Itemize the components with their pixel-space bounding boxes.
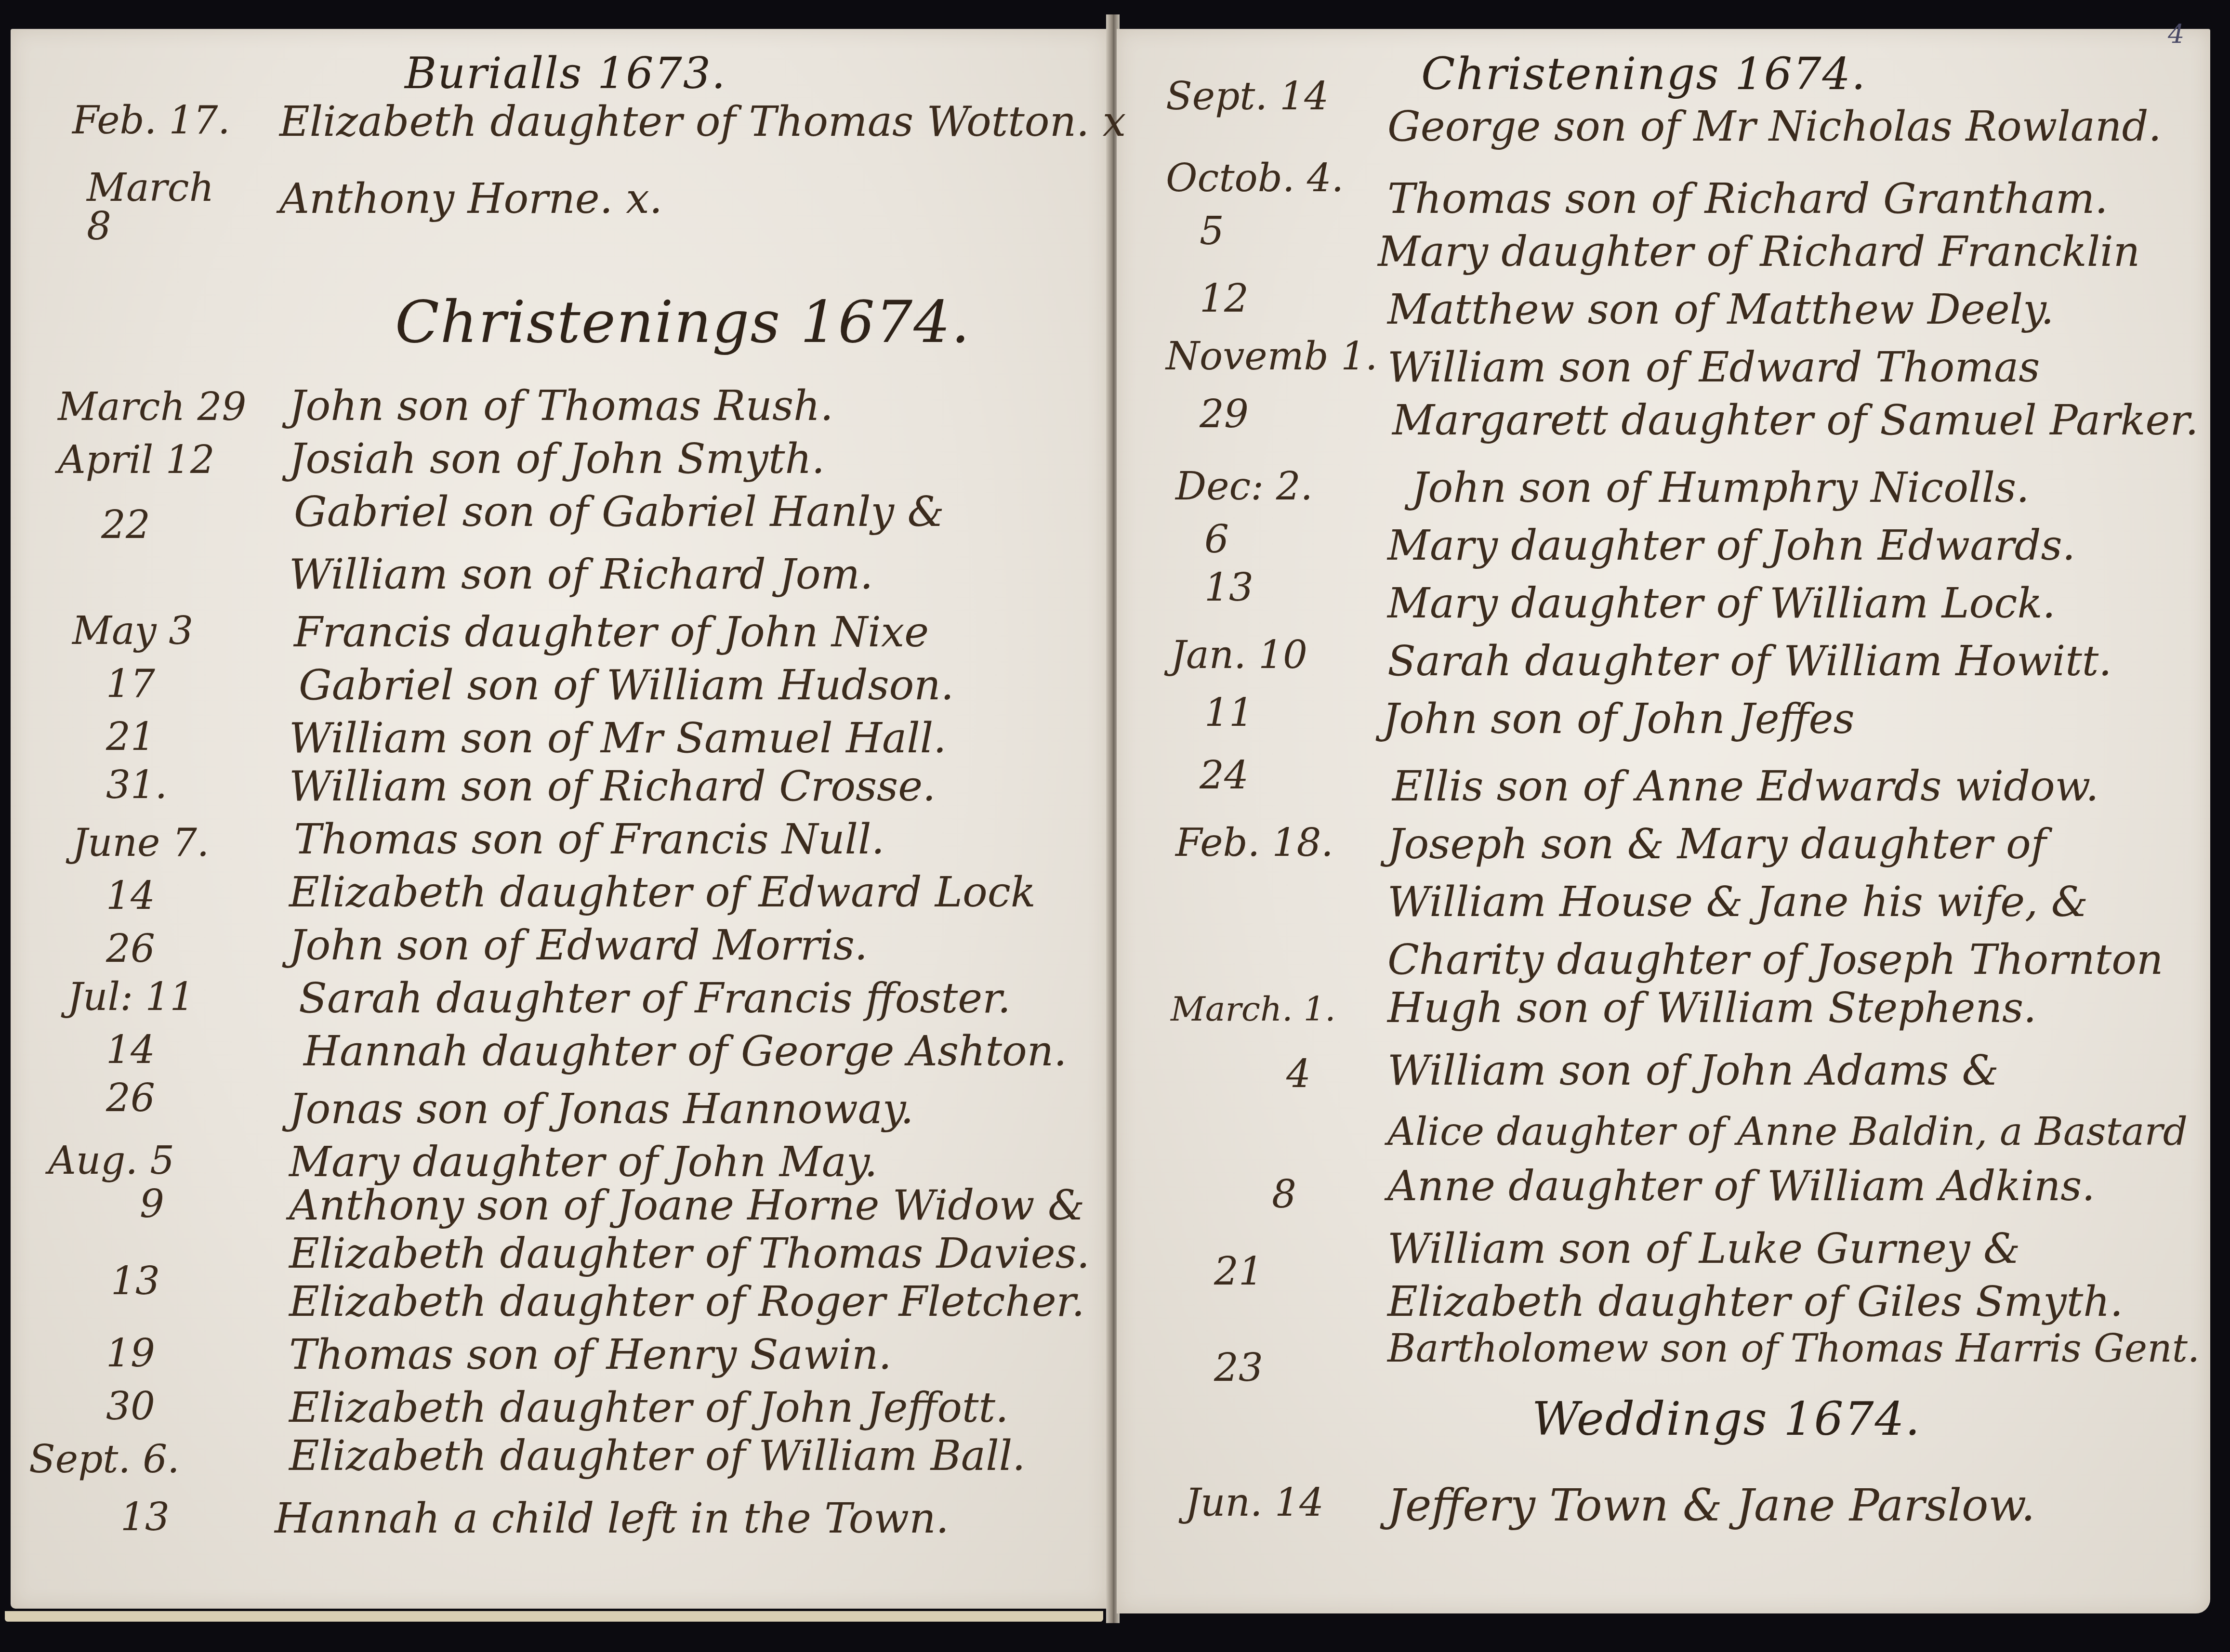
section-heading-burials: Burialls 1673. [405,48,726,99]
entry-text: John son of John Jeffes [1383,698,1855,740]
entry-date: Sept. 6. [29,1440,180,1479]
entry-text: Josiah son of John Smyth. [289,438,825,480]
entry-text: Ellis son of Anne Edwards widow. [1392,766,2099,807]
entry-text: George son of Mr Nicholas Rowland. [1387,106,2162,147]
entry-date: 13 [1204,568,1254,607]
entry-text: Hugh son of William Stephens. [1387,987,2036,1029]
entry-text: Mary daughter of William Lock. [1387,583,2056,624]
entry-text: Mary daughter of John May. [289,1141,878,1183]
entry-date: March 8 [87,169,183,246]
entry-text: Elizabeth daughter of William Ball. [289,1435,1025,1477]
entry-date: Feb. 17. [72,101,230,140]
entry-text: Gabriel son of Gabriel Hanly & [294,491,944,533]
entry-date: 30 [106,1387,155,1426]
entry-text: William son of Richard Jom. [289,554,873,595]
entry-text: Elizabeth daughter of Roger Fletcher. [289,1281,1085,1323]
entry-text: Gabriel son of William Hudson. [299,665,954,706]
entry-text: Margarett daughter of Samuel Parker. [1392,400,2198,441]
entry-date: 14 [106,877,155,915]
entry-text: Sarah daughter of William Howitt. [1387,641,2112,682]
entry-date: 6 [1204,520,1229,559]
entry-text: Matthew son of Matthew Deely. [1387,289,2054,330]
section-heading-christenings-cont: Christenings 1674. [1421,48,1866,100]
entry-text: Sarah daughter of Francis ffoster. [299,978,1011,1019]
entry-date: 26 [106,930,155,968]
entry-text: Bartholomew son of Thomas Harris Gent. [1387,1329,2200,1368]
entry-text: Anne daughter of William Adkins. [1387,1166,2095,1207]
entry-date: 22 [101,506,150,544]
entry-date: 21 [106,718,155,756]
entry-text: Thomas son of Francis Null. [294,819,884,860]
entry-text: Joseph son & Mary daughter of [1387,824,2046,865]
entry-date: 19 [106,1334,155,1373]
entry-date: May 3 [72,612,193,650]
folio-number: 4 [2168,19,2184,50]
entry-date: 13 [111,1262,160,1300]
entry-text: Jeffery Town & Jane Parslow. [1387,1483,2035,1528]
entry-date: Jun. 14 [1185,1483,1324,1522]
entry-date: 24 [1200,756,1249,795]
page-edge [5,1611,1103,1622]
entry-date: 5 [1200,212,1224,250]
entry-date: 31. [106,766,167,804]
entry-date: Sept. 14 [1166,77,1329,116]
entry-date: 26 [106,1079,155,1117]
entry-text: Hannah a child left in the Town. [275,1498,949,1539]
entry-text: Mary daughter of John Edwards. [1387,525,2075,566]
entry-text: William son of Luke Gurney & [1387,1228,2020,1270]
entry-text: William son of Mr Samuel Hall. [289,718,947,759]
entry-date: Octob. 4. [1166,159,1344,197]
entry-text: William son of Richard Crosse. [289,766,936,807]
entry-text: Elizabeth daughter of Thomas Davies. [289,1233,1090,1274]
entry-text: John son of Thomas Rush. [289,385,833,427]
entry-text: Charity daughter of Joseph Thornton [1387,939,2163,981]
entry-text: Anthony son of Joane Horne Widow & [289,1185,1084,1226]
entry-text: Francis daughter of John Nixe [294,612,929,653]
entry-text: William son of Edward Thomas [1387,347,2040,388]
entry-text: John son of Edward Morris. [289,925,868,966]
entry-date: 29 [1200,395,1249,433]
entry-date: Jan. 10 [1171,636,1307,674]
entry-date: June 7. [72,824,209,862]
entry-text: William House & Jane his wife, & [1387,881,2088,923]
entry-date: 14 [106,1031,155,1069]
entry-date: 21 [1214,1252,1263,1291]
section-heading-weddings: Weddings 1674. [1532,1392,1921,1446]
entry-text: Thomas son of Richard Grantham. [1387,178,2108,220]
entry-date: 9 [140,1185,164,1223]
entry-date: 8 [1272,1175,1296,1214]
section-heading-christenings: Christenings 1674. [395,289,971,356]
entry-date: March 29 [58,388,246,426]
entry-text: Alice daughter of Anne Baldin, a Bastard [1387,1113,2188,1151]
entry-date: 4 [1286,1055,1311,1093]
entry-date: Dec: 2. [1175,467,1313,506]
entry-date: 12 [1200,279,1249,318]
entry-text: Anthony Horne. x. [279,178,662,220]
entry-text: John son of Humphry Nicolls. [1412,467,2030,509]
entry-date: 23 [1214,1349,1263,1387]
entry-text: William son of John Adams & [1387,1050,1999,1091]
entry-date: 11 [1204,694,1254,732]
entry-date: March. 1. [1171,992,1335,1026]
entry-text: Elizabeth daughter of John Jeffott. [289,1387,1009,1429]
entry-date: April 12 [58,441,215,479]
entry-date: Jul: 11 [67,978,194,1016]
entry-date: Aug. 5 [48,1141,174,1180]
entry-text: Mary daughter of Richard Francklin [1378,231,2140,273]
entry-text: Elizabeth daughter of Thomas Wotton. x [279,101,1126,143]
entry-date: Feb. 18. [1175,824,1333,862]
entry-date: 17 [106,665,155,703]
entry-date: Novemb 1. [1166,337,1378,376]
entry-text: Elizabeth daughter of Edward Lock [289,872,1036,913]
entry-text: Hannah daughter of George Ashton. [303,1031,1067,1072]
entry-date: 13 [120,1498,170,1536]
entry-text: Jonas son of Jonas Hannoway. [289,1088,914,1130]
entry-text: Elizabeth daughter of Giles Smyth. [1387,1281,2123,1323]
entry-text: Thomas son of Henry Sawin. [289,1334,892,1376]
